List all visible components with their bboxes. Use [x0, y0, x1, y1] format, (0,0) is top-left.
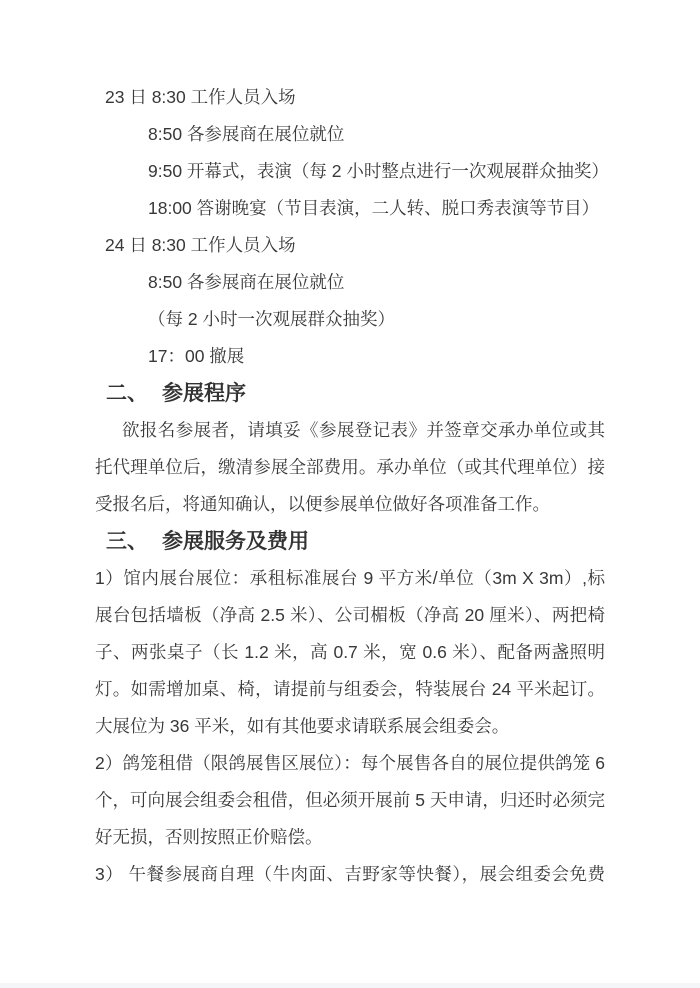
document-page: 23 日 8:30 工作人员入场8:50 各参展商在展位就位9:50 开幕式，表…: [0, 0, 700, 983]
page-bottom-edge: [0, 983, 700, 988]
paragraph-line: 大展位为 36 平米，如有其他要求请联系展会组委会。: [95, 708, 605, 745]
section-heading: 二、参展程序: [95, 375, 605, 412]
paragraph-line: 欲报名参展者，请填妥《参展登记表》并签章交承办单位或其委: [95, 412, 605, 449]
document-content: 23 日 8:30 工作人员入场8:50 各参展商在展位就位9:50 开幕式，表…: [95, 79, 605, 893]
schedule-line: 9:50 开幕式，表演（每 2 小时整点进行一次观展群众抽奖）: [95, 153, 605, 190]
paragraph-line: 灯。如需增加桌、椅，请提前与组委会，特装展台 24 平米起订。特: [95, 671, 605, 708]
paragraph: 欲报名参展者，请填妥《参展登记表》并签章交承办单位或其委托代理单位后，缴清参展全…: [95, 412, 605, 523]
paragraph-line: 受报名后，将通知确认，以便参展单位做好各项准备工作。: [95, 486, 605, 523]
paragraph-line: 展台包括墙板（净高 2.5 米）、公司楣板（净高 20 厘米）、两把椅: [95, 597, 605, 634]
paragraph-line: 3） 午餐参展商自理（牛肉面、吉野家等快餐），展会组委会免费: [95, 856, 605, 893]
section-title: 参展程序: [162, 382, 246, 405]
paragraph-line: 好无损，否则按照正价赔偿。: [95, 819, 605, 856]
section-title: 参展服务及费用: [162, 530, 309, 553]
section-number: 二、: [106, 375, 162, 412]
section-heading: 三、参展服务及费用: [95, 523, 605, 560]
paragraph-line: 2）鸽笼租借（限鸽展售区展位）：每个展售各自的展位提供鸽笼 6: [95, 745, 605, 782]
schedule-line: 8:50 各参展商在展位就位: [95, 116, 605, 153]
schedule-line: 8:50 各参展商在展位就位: [95, 264, 605, 301]
paragraph-line: 托代理单位后，缴清参展全部费用。承办单位（或其代理单位）接: [95, 449, 605, 486]
paragraph: 2）鸽笼租借（限鸽展售区展位）：每个展售各自的展位提供鸽笼 6个，可向展会组委会…: [95, 745, 605, 856]
paragraph: 3） 午餐参展商自理（牛肉面、吉野家等快餐），展会组委会免费: [95, 856, 605, 893]
paragraph-line: 1）馆内展台展位：承租标准展台 9 平方米/单位（3m X 3m）,标准: [95, 560, 605, 597]
schedule-line: 18:00 答谢晚宴（节目表演，二人转、脱口秀表演等节目）: [95, 190, 605, 227]
schedule-line: 17：00 撤展: [95, 338, 605, 375]
paragraph-line: 子、两张桌子（长 1.2 米，高 0.7 米，宽 0.6 米）、配备两盏照明: [95, 634, 605, 671]
schedule-line: 24 日 8:30 工作人员入场: [95, 227, 605, 264]
section-number: 三、: [106, 523, 162, 560]
schedule-line: （每 2 小时一次观展群众抽奖）: [95, 301, 605, 338]
paragraph-line: 个，可向展会组委会租借，但必须开展前 5 天申请，归还时必须完: [95, 782, 605, 819]
paragraph: 1）馆内展台展位：承租标准展台 9 平方米/单位（3m X 3m）,标准展台包括…: [95, 560, 605, 745]
schedule-line: 23 日 8:30 工作人员入场: [95, 79, 605, 116]
